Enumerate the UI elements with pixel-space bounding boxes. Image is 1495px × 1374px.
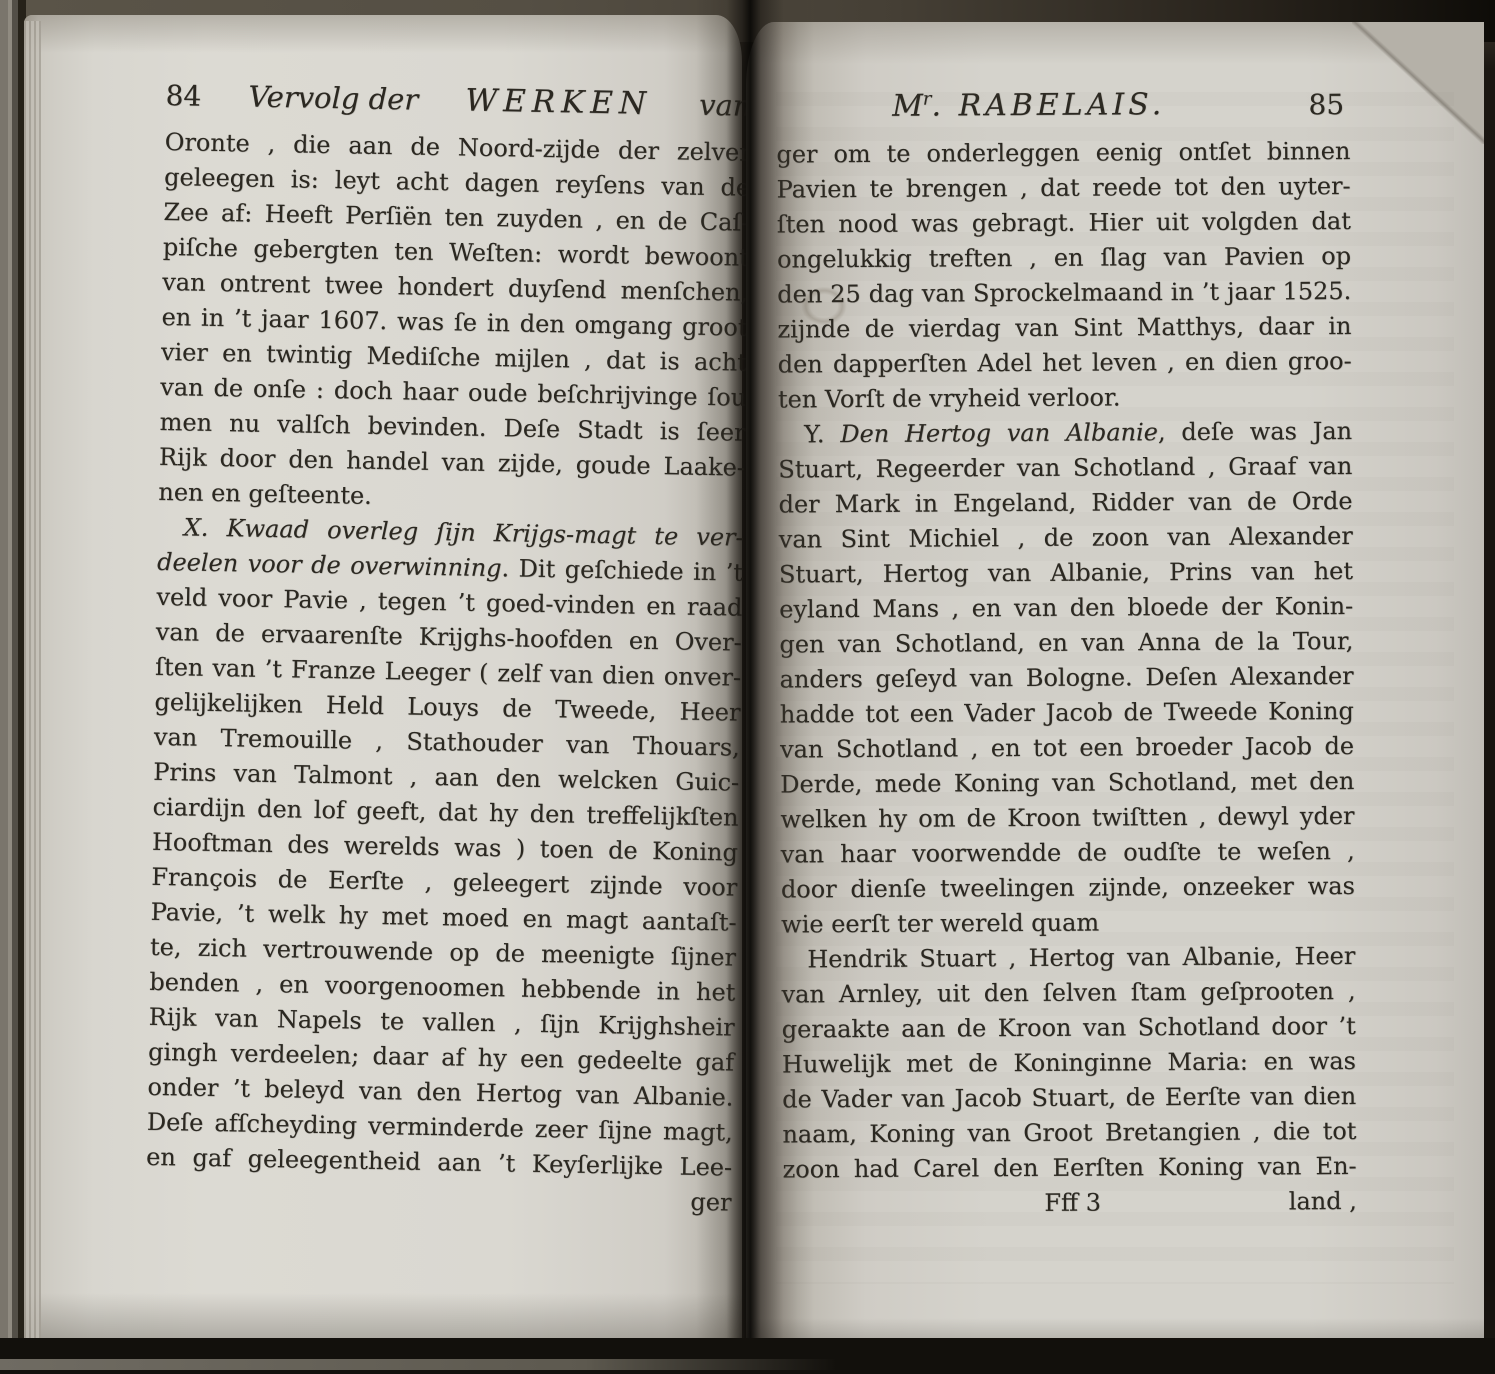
text-line: eyland Mans , en van den bloede der Koni… <box>779 589 1353 628</box>
text-line: ten Vorſt de vryheid verloor. <box>778 379 1352 418</box>
text-line: welken hy om de Kroon twiſtten , dewyl y… <box>780 799 1354 838</box>
page-number-left: 84 <box>165 79 201 113</box>
right-text-block: Mr. RABELAIS. 85 ger om te onderleggen e… <box>776 86 1357 1222</box>
text-line: de Vader van Jacob Stuart, de Eerſte van… <box>782 1079 1356 1118</box>
text-line: ger om te onderleggen eenig ontſet binne… <box>776 134 1350 173</box>
left-header-caps: WERKEN <box>465 82 652 121</box>
text-line: van haar voorwendde de oudſte te weſen , <box>781 834 1355 873</box>
text-line: Stuart, Hertog van Albanie, Prins van he… <box>779 554 1353 593</box>
page-number-right: 85 <box>1308 88 1344 121</box>
right-page-footer: Fff 3 land , <box>783 1184 1357 1223</box>
text-line: Hendrik Stuart , Hertog van Albanie, Hee… <box>781 939 1355 978</box>
text-line: ongelukkig treften , en ſlag van Pavien … <box>777 239 1351 278</box>
right-running-header: Mr. RABELAIS. 85 <box>776 86 1350 130</box>
text-line: Derde, mede Koning van Schotland, met de… <box>780 764 1354 803</box>
text-line: den dapperſten Adel het leven , en dien … <box>778 344 1352 383</box>
text-line: hadde tot een Vader Jacob de Tweede Koni… <box>780 694 1354 733</box>
page-corner-fold <box>1352 22 1484 144</box>
right-page-lines: ger om te onderleggen eenig ontſet binne… <box>776 134 1356 1187</box>
text-line: zoon had Carel den Eerſten Koning van En… <box>783 1149 1357 1188</box>
page-edge-stack <box>24 21 41 1350</box>
right-page: Mr. RABELAIS. 85 ger om te onderleggen e… <box>746 22 1484 1374</box>
text-line: van Schotland , en tot een broeder Jacob… <box>780 729 1354 768</box>
text-line: ſten nood was gebragt. Hier uit volgden … <box>777 204 1351 243</box>
text-line: zijnde de vierdag van Sint Matthys, daar… <box>777 309 1351 348</box>
left-page-lines: Oronte , die aan de Noord-zijde der zelv… <box>146 125 751 1186</box>
text-line: Y. Den Hertog van Albanie, deſe was Jan <box>778 414 1352 453</box>
left-header-post: van <box>699 88 752 123</box>
text-line: door dienſe tweelingen zijnde, onzeeker … <box>781 869 1355 908</box>
left-page: 84 Vervolg der WERKEN van Oronte , die a… <box>24 15 742 1357</box>
book-cover-edge-left <box>0 0 26 1374</box>
signature-mark: Fff 3 <box>1044 1186 1101 1221</box>
right-header-title: Mr. RABELAIS. <box>892 87 1165 124</box>
text-line: naam, Koning van Groot Bretangien , die … <box>782 1114 1356 1153</box>
text-line: gen van Schotland, en van Anna de la Tou… <box>779 624 1353 663</box>
text-line: wie eerſt ter wereld quam <box>781 904 1355 943</box>
text-line: geraakte aan de Kroon van Schotland door… <box>782 1009 1356 1048</box>
text-line: van Arnley, uit den ſelven ſtam geſproot… <box>781 974 1355 1013</box>
book-photo: 84 Vervolg der WERKEN van Oronte , die a… <box>0 0 1495 1374</box>
text-line: Stuart, Regeerder van Schotland , Graaf … <box>778 449 1352 488</box>
left-header-pre: Vervolg der <box>248 80 418 117</box>
text-line: der Mark in Engeland, Ridder van de Orde <box>778 484 1352 523</box>
text-line: van Sint Michiel , de zoon van Alexander <box>779 519 1353 558</box>
text-line: anders geſeyd van Bologne. Deſen Alexand… <box>780 659 1354 698</box>
text-line: Pavien te brengen , dat reede tot den uy… <box>777 169 1351 208</box>
text-line: Huwelijk met de Koninginne Maria: en was <box>782 1044 1356 1083</box>
book-bottom-edge <box>0 1359 837 1370</box>
left-text-block: 84 Vervolg der WERKEN van Oronte , die a… <box>145 77 752 1221</box>
text-line: den 25 dag van Sprockelmaand in ’t jaar … <box>777 274 1351 313</box>
right-catchword: land , <box>1289 1184 1357 1219</box>
left-running-header: 84 Vervolg der WERKEN van <box>165 77 752 128</box>
